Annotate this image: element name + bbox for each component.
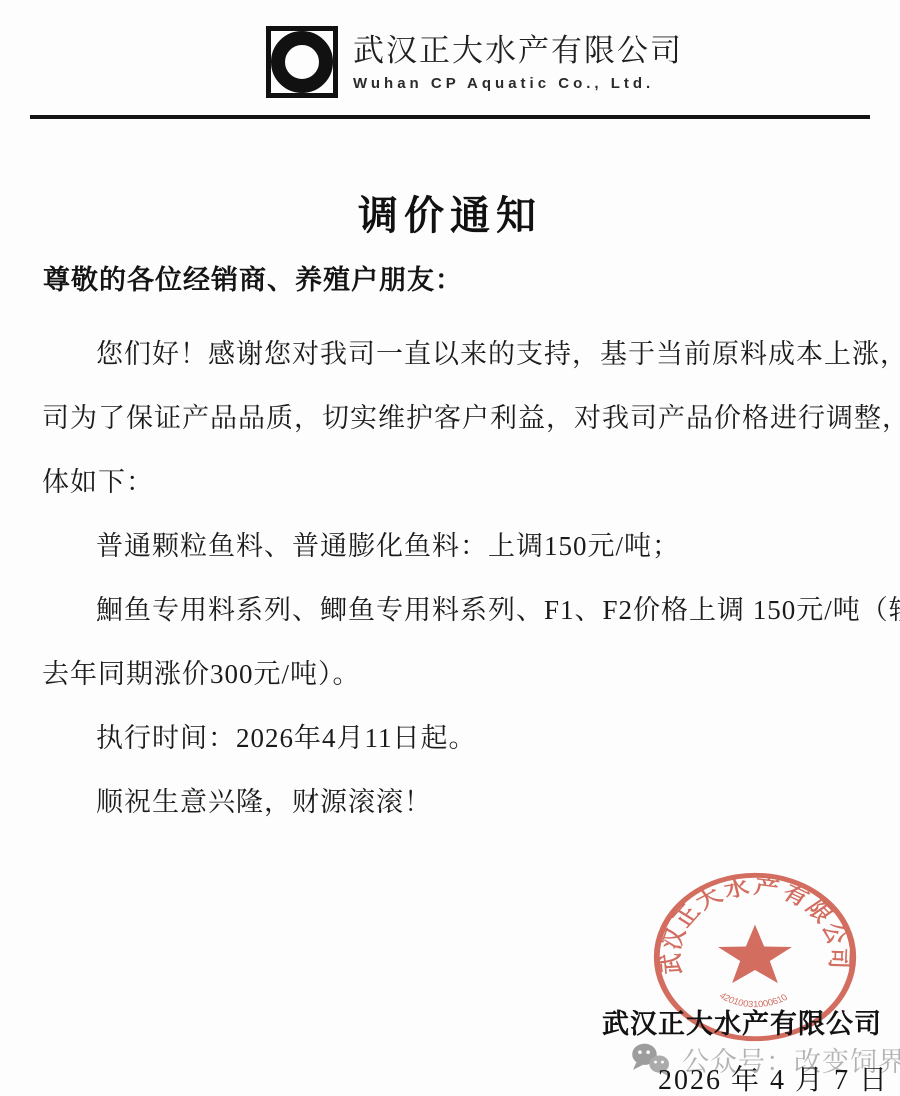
price-notice-document: 武汉正大水产有限公司 Wuhan CP Aquatic Co., Ltd. 调价… (0, 0, 900, 1096)
company-name-cn: 武汉正大水产有限公司 (353, 32, 683, 69)
body-line: 体如下： (42, 450, 860, 514)
letterhead-text: 武汉正大水产有限公司 Wuhan CP Aquatic Co., Ltd. (353, 32, 683, 91)
seal-star-icon (718, 925, 792, 984)
body-line: 普通颗粒鱼料、普通膨化鱼料：上调150元/吨； (42, 514, 860, 578)
body-line: 顺祝生意兴隆，财源滚滚！ (42, 770, 860, 834)
body-line: 您们好！感谢您对我司一直以来的支持，基于当前原料成本上涨，公 (42, 322, 860, 386)
logo-ring-icon (271, 31, 333, 93)
signature-date: 2026 年 4 月 7 日 (658, 1058, 889, 1096)
body-line: 去年同期涨价300元/吨）。 (42, 642, 860, 706)
signature-company: 武汉正大水产有限公司 (602, 1002, 882, 1041)
body-line: 执行时间：2026年4月11日起。 (42, 706, 860, 770)
letterhead: 武汉正大水产有限公司 Wuhan CP Aquatic Co., Ltd. (266, 26, 683, 98)
body-line: 鮰鱼专用料系列、鲫鱼专用料系列、F1、F2价格上调 150元/吨（较 (42, 578, 860, 642)
notice-body: 您们好！感谢您对我司一直以来的支持，基于当前原料成本上涨，公 司为了保证产品品质… (42, 322, 860, 834)
notice-title: 调价通知 (0, 184, 900, 241)
body-line: 司为了保证产品品质，切实维护客户利益，对我司产品价格进行调整，具 (42, 386, 860, 450)
salutation: 尊敬的各位经销商、养殖户朋友： (43, 258, 463, 297)
letterhead-divider (30, 115, 870, 119)
company-name-en: Wuhan CP Aquatic Co., Ltd. (353, 75, 683, 92)
company-logo-icon (266, 26, 338, 98)
